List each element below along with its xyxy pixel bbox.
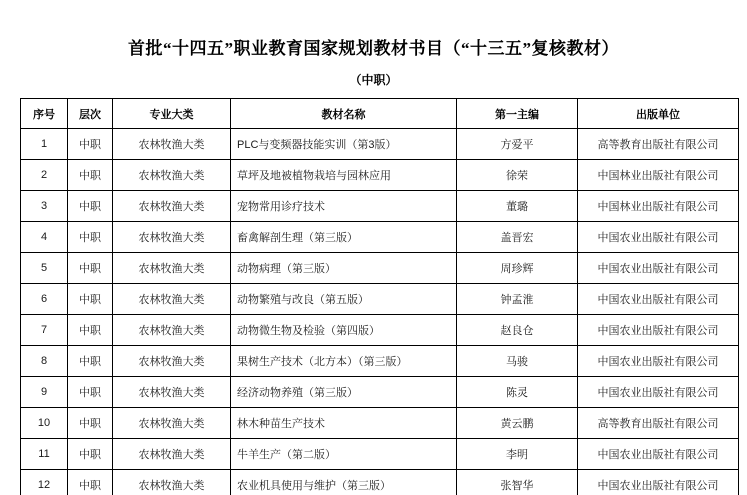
- cell-category: 农林牧渔大类: [113, 346, 231, 377]
- cell-level: 中职: [68, 129, 113, 160]
- cell-seq: 6: [21, 284, 68, 315]
- cell-category: 农林牧渔大类: [113, 439, 231, 470]
- page-subtitle: （中职）: [0, 71, 747, 88]
- cell-name: 经济动物养殖（第三版）: [231, 377, 457, 408]
- cell-category: 农林牧渔大类: [113, 315, 231, 346]
- cell-publisher: 高等教育出版社有限公司: [578, 408, 739, 439]
- cell-name: 动物病理（第三版）: [231, 253, 457, 284]
- cell-level: 中职: [68, 160, 113, 191]
- cell-publisher: 中国农业出版社有限公司: [578, 253, 739, 284]
- cell-level: 中职: [68, 439, 113, 470]
- cell-editor: 赵良仓: [457, 315, 578, 346]
- cell-editor: 方爱平: [457, 129, 578, 160]
- table-row: 11中职农林牧渔大类牛羊生产（第二版）李明中国农业出版社有限公司: [21, 439, 739, 470]
- cell-name: 林木种苗生产技术: [231, 408, 457, 439]
- cell-level: 中职: [68, 191, 113, 222]
- table-row: 9中职农林牧渔大类经济动物养殖（第三版）陈灵中国农业出版社有限公司: [21, 377, 739, 408]
- table-row: 1中职农林牧渔大类PLC与变频器技能实训（第3版）方爱平高等教育出版社有限公司: [21, 129, 739, 160]
- cell-level: 中职: [68, 408, 113, 439]
- cell-seq: 12: [21, 470, 68, 495]
- cell-publisher: 中国农业出版社有限公司: [578, 439, 739, 470]
- cell-seq: 3: [21, 191, 68, 222]
- cell-level: 中职: [68, 346, 113, 377]
- cell-editor: 徐荣: [457, 160, 578, 191]
- cell-editor: 钟孟淮: [457, 284, 578, 315]
- cell-publisher: 中国农业出版社有限公司: [578, 377, 739, 408]
- cell-level: 中职: [68, 222, 113, 253]
- cell-category: 农林牧渔大类: [113, 408, 231, 439]
- table-row: 6中职农林牧渔大类动物繁殖与改良（第五版）钟孟淮中国农业出版社有限公司: [21, 284, 739, 315]
- cell-publisher: 中国农业出版社有限公司: [578, 222, 739, 253]
- table-row: 7中职农林牧渔大类动物微生物及检验（第四版）赵良仓中国农业出版社有限公司: [21, 315, 739, 346]
- page-title: 首批“十四五”职业教育国家规划教材书目（“十三五”复核教材）: [0, 34, 747, 59]
- table-row: 5中职农林牧渔大类动物病理（第三版）周珍辉中国农业出版社有限公司: [21, 253, 739, 284]
- cell-seq: 9: [21, 377, 68, 408]
- cell-editor: 盖晋宏: [457, 222, 578, 253]
- textbook-table: 序号 层次 专业大类 教材名称 第一主编 出版单位 1中职农林牧渔大类PLC与变…: [20, 98, 739, 495]
- table-row: 8中职农林牧渔大类果树生产技术（北方本）（第三版）马骏中国农业出版社有限公司: [21, 346, 739, 377]
- document-page: 首批“十四五”职业教育国家规划教材书目（“十三五”复核教材） （中职） 序号 层…: [0, 0, 747, 495]
- cell-publisher: 中国农业出版社有限公司: [578, 284, 739, 315]
- cell-name: PLC与变频器技能实训（第3版）: [231, 129, 457, 160]
- header-seq: 序号: [21, 99, 68, 129]
- cell-name: 动物微生物及检验（第四版）: [231, 315, 457, 346]
- cell-editor: 李明: [457, 439, 578, 470]
- cell-editor: 张智华: [457, 470, 578, 495]
- header-name: 教材名称: [231, 99, 457, 129]
- cell-editor: 陈灵: [457, 377, 578, 408]
- cell-level: 中职: [68, 315, 113, 346]
- cell-publisher: 中国林业出版社有限公司: [578, 160, 739, 191]
- cell-name: 草坪及地被植物栽培与园林应用: [231, 160, 457, 191]
- cell-category: 农林牧渔大类: [113, 191, 231, 222]
- cell-publisher: 中国林业出版社有限公司: [578, 191, 739, 222]
- cell-level: 中职: [68, 377, 113, 408]
- cell-publisher: 高等教育出版社有限公司: [578, 129, 739, 160]
- table-row: 12中职农林牧渔大类农业机具使用与维护（第三版）张智华中国农业出版社有限公司: [21, 470, 739, 495]
- cell-seq: 5: [21, 253, 68, 284]
- cell-publisher: 中国农业出版社有限公司: [578, 315, 739, 346]
- cell-seq: 10: [21, 408, 68, 439]
- cell-category: 农林牧渔大类: [113, 129, 231, 160]
- table-row: 4中职农林牧渔大类畜禽解剖生理（第三版）盖晋宏中国农业出版社有限公司: [21, 222, 739, 253]
- cell-name: 牛羊生产（第二版）: [231, 439, 457, 470]
- header-category: 专业大类: [113, 99, 231, 129]
- table-header-row: 序号 层次 专业大类 教材名称 第一主编 出版单位: [21, 99, 739, 129]
- cell-editor: 董璐: [457, 191, 578, 222]
- cell-seq: 11: [21, 439, 68, 470]
- header-publisher: 出版单位: [578, 99, 739, 129]
- cell-seq: 7: [21, 315, 68, 346]
- cell-editor: 周珍辉: [457, 253, 578, 284]
- cell-category: 农林牧渔大类: [113, 377, 231, 408]
- cell-seq: 8: [21, 346, 68, 377]
- cell-category: 农林牧渔大类: [113, 470, 231, 495]
- cell-category: 农林牧渔大类: [113, 160, 231, 191]
- cell-category: 农林牧渔大类: [113, 222, 231, 253]
- cell-name: 果树生产技术（北方本）（第三版）: [231, 346, 457, 377]
- cell-name: 畜禽解剖生理（第三版）: [231, 222, 457, 253]
- cell-name: 宠物常用诊疗技术: [231, 191, 457, 222]
- header-editor: 第一主编: [457, 99, 578, 129]
- cell-name: 动物繁殖与改良（第五版）: [231, 284, 457, 315]
- cell-seq: 4: [21, 222, 68, 253]
- cell-name: 农业机具使用与维护（第三版）: [231, 470, 457, 495]
- cell-publisher: 中国农业出版社有限公司: [578, 470, 739, 495]
- cell-category: 农林牧渔大类: [113, 284, 231, 315]
- cell-seq: 2: [21, 160, 68, 191]
- cell-seq: 1: [21, 129, 68, 160]
- cell-category: 农林牧渔大类: [113, 253, 231, 284]
- cell-level: 中职: [68, 284, 113, 315]
- cell-publisher: 中国农业出版社有限公司: [578, 346, 739, 377]
- cell-editor: 黄云鹏: [457, 408, 578, 439]
- cell-level: 中职: [68, 470, 113, 495]
- cell-level: 中职: [68, 253, 113, 284]
- table-row: 2中职农林牧渔大类草坪及地被植物栽培与园林应用徐荣中国林业出版社有限公司: [21, 160, 739, 191]
- header-level: 层次: [68, 99, 113, 129]
- cell-editor: 马骏: [457, 346, 578, 377]
- table-row: 10中职农林牧渔大类林木种苗生产技术黄云鹏高等教育出版社有限公司: [21, 408, 739, 439]
- table-row: 3中职农林牧渔大类宠物常用诊疗技术董璐中国林业出版社有限公司: [21, 191, 739, 222]
